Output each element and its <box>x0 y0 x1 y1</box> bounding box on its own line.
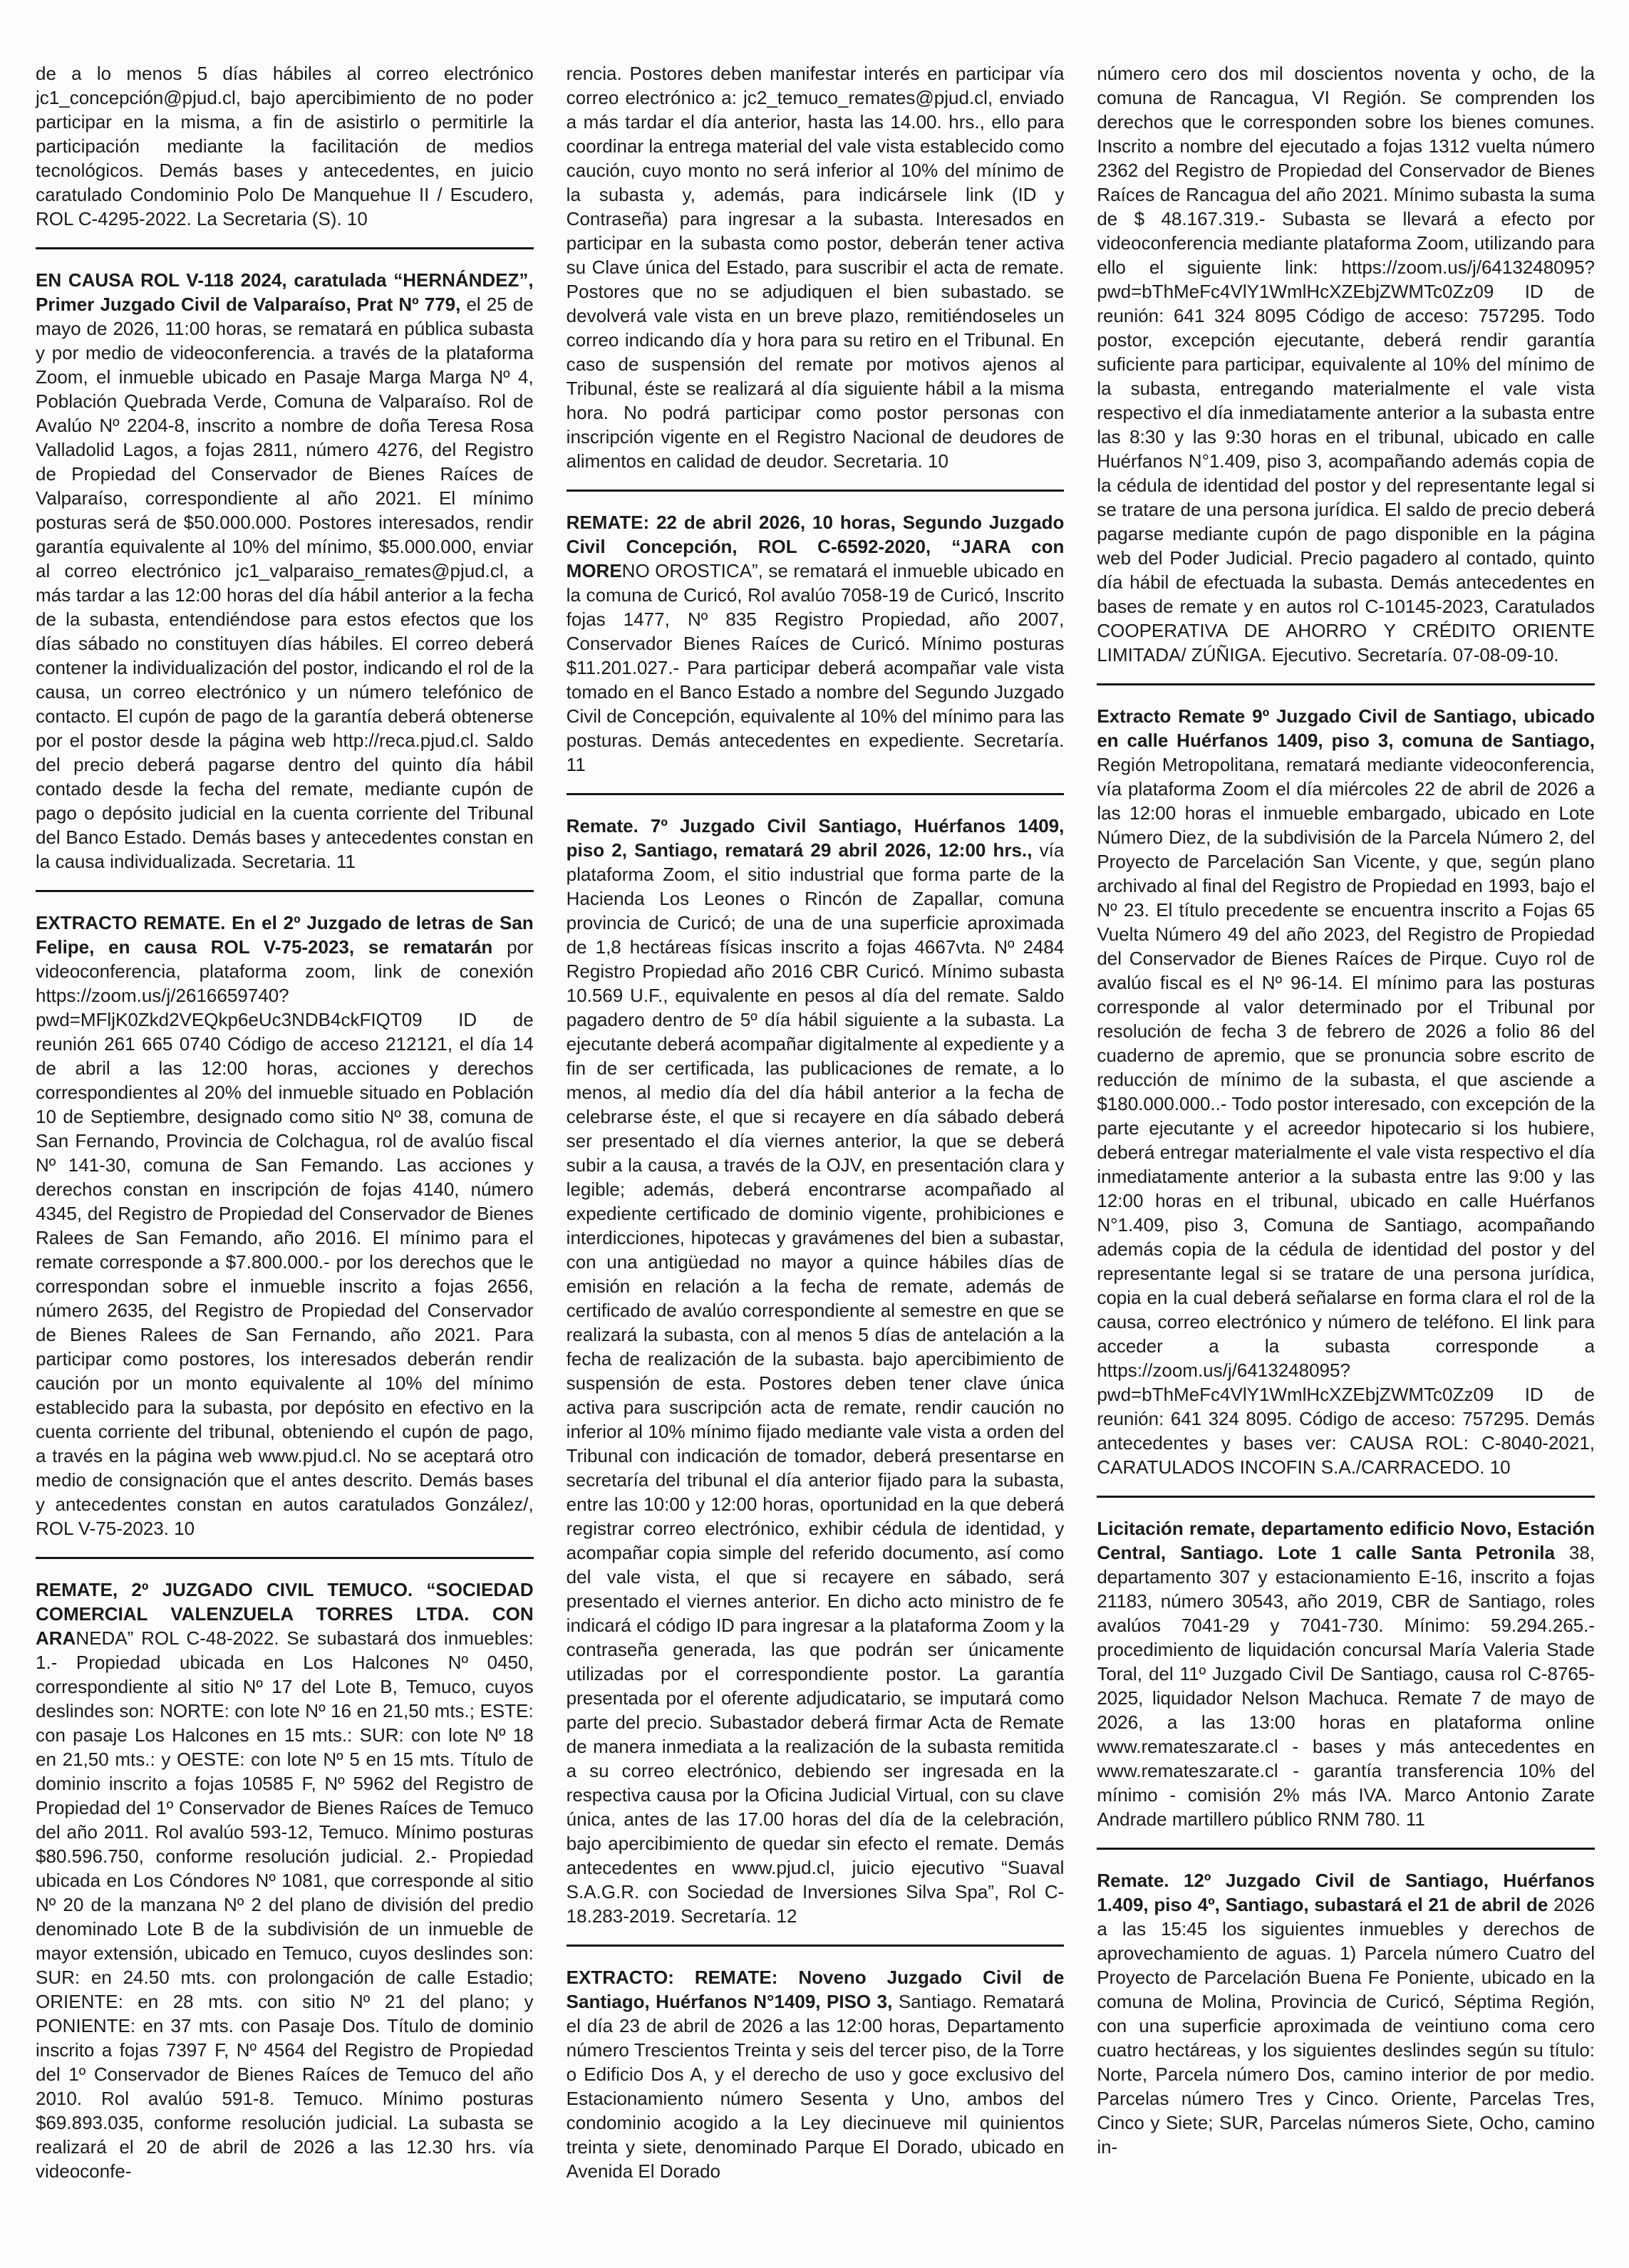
legal-notice: rencia. Postores deben manifestar interé… <box>567 61 1065 473</box>
notice-body-text: Región Metropolitana, rematará mediante … <box>1097 754 1595 1478</box>
notice-body-text: número cero dos mil doscientos noventa y… <box>1097 63 1595 666</box>
notice-lead-in: Licitación remate, departamento edificio… <box>1097 1518 1595 1563</box>
notice-body-text: Santiago. Rematará el día 23 de abril de… <box>567 1991 1065 2182</box>
notice-body-text: por videoconferencia, plataforma zoom, l… <box>36 936 534 1539</box>
notice-body-text: de a lo menos 5 días hábiles al correo e… <box>36 63 534 229</box>
ad-separator-rule <box>36 1557 534 1559</box>
legal-notice: EXTRACTO: REMATE: Noveno Juzgado Civil d… <box>567 1965 1065 2183</box>
ad-separator-rule <box>36 890 534 892</box>
column-2: rencia. Postores deben manifestar interé… <box>567 61 1065 2247</box>
notice-body-text: vía plataforma Zoom, el sitio industrial… <box>567 839 1065 1927</box>
newspaper-legal-notices-page: de a lo menos 5 días hábiles al correo e… <box>0 0 1629 2268</box>
notice-lead-in: EN CAUSA ROL V-118 2024, caratulada “HER… <box>36 269 534 315</box>
legal-notice: Remate. 12º Juzgado Civil de Santiago, H… <box>1097 1868 1595 2159</box>
ad-separator-rule <box>1097 1496 1595 1498</box>
notice-body-text: el 25 de mayo de 2026, 11:00 horas, se r… <box>36 294 534 872</box>
ad-separator-rule <box>567 1945 1065 1947</box>
column-3: número cero dos mil doscientos noventa y… <box>1097 61 1595 2247</box>
ad-separator-rule <box>1097 1848 1595 1850</box>
legal-notice: número cero dos mil doscientos noventa y… <box>1097 61 1595 667</box>
legal-notice: Extracto Remate 9º Juzgado Civil de Sant… <box>1097 704 1595 1479</box>
ad-separator-rule <box>567 793 1065 795</box>
column-1: de a lo menos 5 días hábiles al correo e… <box>36 61 534 2247</box>
notice-body-text: NO OROSTICA”, se rematará el inmueble ub… <box>567 560 1065 775</box>
notice-body-text: 2026 a las 15:45 los siguientes inmueble… <box>1097 1894 1595 2158</box>
legal-notice: REMATE, 2º JUZGADO CIVIL TEMUCO. “SOCIED… <box>36 1578 534 2183</box>
ad-separator-rule <box>36 247 534 249</box>
notice-body-text: NEDA” ROL C-48-2022. Se subastará dos in… <box>36 1627 534 2182</box>
notice-lead-in: Extracto Remate 9º Juzgado Civil de Sant… <box>1097 705 1595 751</box>
ad-separator-rule <box>567 490 1065 492</box>
legal-notice: de a lo menos 5 días hábiles al correo e… <box>36 61 534 231</box>
legal-notice: REMATE: 22 de abril 2026, 10 horas, Segu… <box>567 510 1065 777</box>
legal-notice: EN CAUSA ROL V-118 2024, caratulada “HER… <box>36 268 534 874</box>
notice-lead-in: Remate. 7º Juzgado Civil Santiago, Huérf… <box>567 815 1065 861</box>
notice-lead-in: Remate. 12º Juzgado Civil de Santiago, H… <box>1097 1870 1595 1915</box>
notice-body-text: 38, departamento 307 y estacionamiento E… <box>1097 1542 1595 1830</box>
legal-notice: Licitación remate, departamento edificio… <box>1097 1516 1595 1831</box>
legal-notice: EXTRACTO REMATE. En el 2º Juzgado de let… <box>36 911 534 1541</box>
notice-lead-in: EXTRACTO REMATE. En el 2º Juzgado de let… <box>36 912 534 958</box>
ad-separator-rule <box>1097 683 1595 685</box>
notice-body-text: rencia. Postores deben manifestar interé… <box>567 63 1065 472</box>
legal-notice: Remate. 7º Juzgado Civil Santiago, Huérf… <box>567 814 1065 1928</box>
